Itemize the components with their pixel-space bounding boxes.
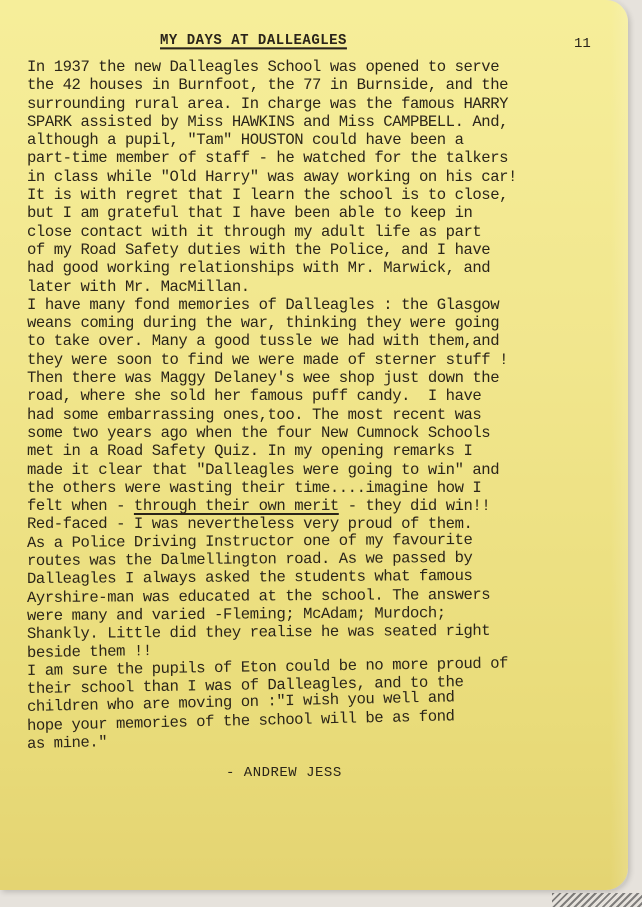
text-line: SPARK assisted by Miss HAWKINS and Miss … (27, 113, 617, 131)
text-line: In 1937 the new Dalleagles School was op… (27, 58, 617, 76)
text-line: the others were wasting their time....im… (27, 479, 617, 497)
text-line: It is with regret that I learn the schoo… (27, 186, 617, 204)
text-line: made it clear that "Dalleagles were goin… (27, 461, 617, 479)
author-signature: - ANDREW JESS (226, 765, 342, 781)
text-line: close contact with it through my adult l… (27, 223, 617, 241)
typewritten-page: MY DAYS AT DALLEAGLES 11 In 1937 the new… (0, 0, 628, 890)
text-line: they were soon to find we were made of s… (27, 351, 617, 369)
text-line: met in a Road Safety Quiz. In my opening… (27, 442, 617, 460)
text-line: although a pupil, "Tam" HOUSTON could ha… (27, 131, 617, 149)
article-body: In 1937 the new Dalleagles School was op… (27, 58, 617, 753)
text-line: I have many fond memories of Dalleagles … (27, 296, 617, 314)
text-line: to take over. Many a good tussle we had … (27, 332, 617, 350)
text-line: Then there was Maggy Delaney's wee shop … (27, 369, 617, 387)
text-line: road, where she sold her famous puff can… (27, 387, 617, 405)
text-line: of my Road Safety duties with the Police… (27, 241, 617, 259)
background-object (552, 893, 642, 907)
text-line: in class while "Old Harry" was away work… (27, 168, 617, 186)
text-line: felt when - through their own merit - th… (27, 497, 617, 515)
text-line: part-time member of staff - he watched f… (27, 149, 617, 167)
text-line: the 42 houses in Burnfoot, the 77 in Bur… (27, 76, 617, 94)
underlined-phrase: through their own merit (134, 497, 339, 515)
text-line: had some embarrassing ones,too. The most… (27, 406, 617, 424)
text-line: some two years ago when the four New Cum… (27, 424, 617, 442)
text-line: later with Mr. MacMillan. (27, 278, 617, 296)
page-title: MY DAYS AT DALLEAGLES (160, 33, 347, 50)
text-line: but I am grateful that I have been able … (27, 204, 617, 222)
page-number: 11 (574, 36, 591, 52)
text-line: had good working relationships with Mr. … (27, 259, 617, 277)
text-line: surrounding rural area. In charge was th… (27, 95, 617, 113)
text-line: weans coming during the war, thinking th… (27, 314, 617, 332)
